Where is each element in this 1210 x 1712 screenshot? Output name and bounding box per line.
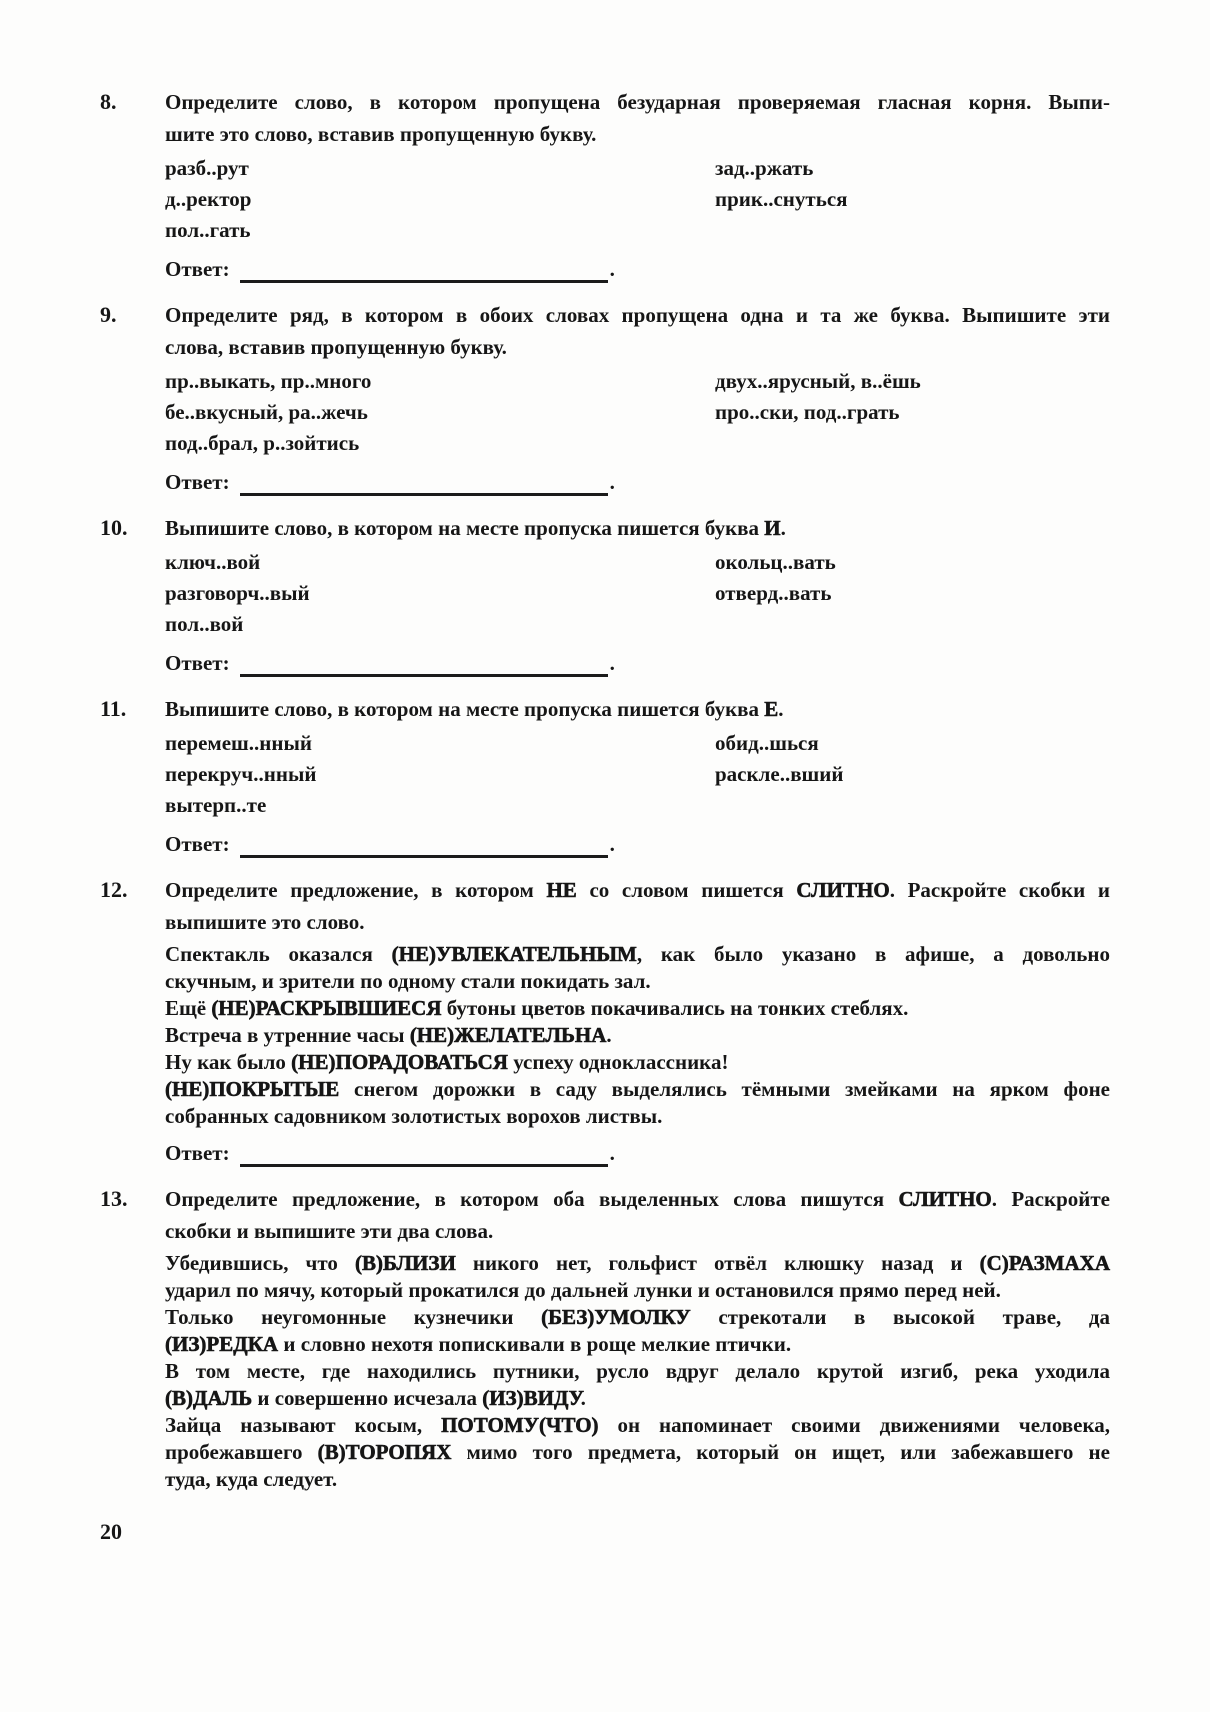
text-run: Спектакль оказался xyxy=(165,942,392,966)
word-item: пр..выкать, пр..много xyxy=(165,366,715,397)
bold-term: (НЕ)ЖЕЛАТЕЛЬНА xyxy=(410,1023,607,1047)
text-run: он напоминает своими движениями человека… xyxy=(599,1413,1110,1437)
word-item: обид..шься xyxy=(715,728,1110,759)
prompt-line: Выпишите слово, в котором на месте пропу… xyxy=(165,512,1110,544)
text-run: Ещё xyxy=(165,996,211,1020)
word-row: ключ..войокольц..вать xyxy=(165,547,1110,578)
sentence-line: скучным, и зрители по одному стали покид… xyxy=(165,968,1110,995)
text-run: Определите слово, в котором пропущена бе… xyxy=(165,90,1110,114)
answer-row: Ответ:. xyxy=(165,255,1110,283)
text-run: Выпишите слово, в котором на месте пропу… xyxy=(165,516,764,540)
answer-label: Ответ: xyxy=(165,1139,230,1167)
question-8: 8.Определите слово, в котором пропущена … xyxy=(100,86,1110,283)
text-run: со словом пишется xyxy=(577,878,797,902)
word-item xyxy=(715,609,1110,640)
word-item: зад..ржать xyxy=(715,153,1110,184)
text-run: выпишите это слово. xyxy=(165,910,365,934)
bold-term: СЛИТНО xyxy=(898,1187,991,1211)
question-content: Выпишите слово, в котором на месте пропу… xyxy=(165,512,1110,677)
sentence-line: пробежавшего (В)ТОРОПЯХ мимо того предме… xyxy=(165,1439,1110,1466)
question-prompt: Определите ряд, в котором в обоих словах… xyxy=(165,299,1110,363)
bold-term: (С)РАЗМАХА xyxy=(980,1251,1110,1275)
question-number: 12. xyxy=(100,874,165,1167)
question-9: 9.Определите ряд, в котором в обоих слов… xyxy=(100,299,1110,496)
sentence-line: Только неугомонные кузнечики (БЕЗ)УМОЛКУ… xyxy=(165,1304,1110,1331)
sentence-line: В том месте, где находились путники, рус… xyxy=(165,1358,1110,1385)
question-number: 8. xyxy=(100,86,165,283)
text-run: скобки и выпишите эти два слова. xyxy=(165,1219,493,1243)
prompt-line: Определите слово, в котором пропущена бе… xyxy=(165,86,1110,118)
bold-term: И xyxy=(764,516,780,540)
word-row: вытерп..те xyxy=(165,790,1110,821)
bold-term: НЕ xyxy=(546,878,576,902)
answer-period: . xyxy=(610,830,615,858)
word-item: д..ректор xyxy=(165,184,715,215)
sentence-line: Убедившись, что (В)БЛИЗИ никого нет, гол… xyxy=(165,1250,1110,1277)
bold-term: (ИЗ)РЕДКА xyxy=(165,1332,278,1356)
question-12: 12.Определите предложение, в котором НЕ … xyxy=(100,874,1110,1167)
text-run: ударил по мячу, который прокатился до да… xyxy=(165,1278,1001,1302)
word-row: бе..вкусный, ра..жечьпро..ски, под..грат… xyxy=(165,397,1110,428)
word-item: бе..вкусный, ра..жечь xyxy=(165,397,715,428)
text-run: скучным, и зрители по одному стали покид… xyxy=(165,969,651,993)
answer-row: Ответ:. xyxy=(165,1139,1110,1167)
word-row: пол..гать xyxy=(165,215,1110,246)
answer-label: Ответ: xyxy=(165,255,230,283)
word-list: разб..рутзад..ржатьд..ректорприк..снутьс… xyxy=(165,153,1110,246)
text-run: Определите предложение, в котором оба вы… xyxy=(165,1187,898,1211)
sentence-line: Встреча в утренние часы (НЕ)ЖЕЛАТЕЛЬНА. xyxy=(165,1022,1110,1049)
text-run: Выпишите слово, в котором на месте пропу… xyxy=(165,697,764,721)
word-row: перекруч..нныйраскле..вший xyxy=(165,759,1110,790)
question-content: Определите предложение, в котором НЕ со … xyxy=(165,874,1110,1167)
text-run: . Раскройте скобки и xyxy=(890,878,1110,902)
text-run: туда, куда следует. xyxy=(165,1467,337,1491)
question-content: Определите предложение, в котором оба вы… xyxy=(165,1183,1110,1493)
word-row: д..ректорприк..снуться xyxy=(165,184,1110,215)
bold-term: (В)БЛИЗИ xyxy=(355,1251,456,1275)
prompt-line: выпишите это слово. xyxy=(165,906,1110,938)
word-row: пр..выкать, пр..многодвух..ярусный, в..ё… xyxy=(165,366,1110,397)
bold-term: (НЕ)ПОРАДОВАТЬСЯ xyxy=(291,1050,508,1074)
word-row: под..брал, р..зойтись xyxy=(165,428,1110,459)
word-list: перемеш..нныйобид..шьсяперекруч..нныйрас… xyxy=(165,728,1110,821)
text-run: Зайца называют косым, xyxy=(165,1413,441,1437)
word-item: про..ски, под..грать xyxy=(715,397,1110,428)
bold-term: ПОТОМУ(ЧТО) xyxy=(441,1413,598,1437)
word-item xyxy=(715,215,1110,246)
word-item xyxy=(715,428,1110,459)
text-run: собранных садовником золотистых ворохов … xyxy=(165,1104,662,1128)
sentence-line: Зайца называют косым, ПОТОМУ(ЧТО) он нап… xyxy=(165,1412,1110,1439)
sentence-line: Спектакль оказался (НЕ)УВЛЕКАТЕЛЬНЫМ, ка… xyxy=(165,941,1110,968)
answer-label: Ответ: xyxy=(165,649,230,677)
text-run: никого нет, гольфист отвёл клюшку назад … xyxy=(456,1251,980,1275)
prompt-line: Выпишите слово, в котором на месте пропу… xyxy=(165,693,1110,725)
word-item: под..брал, р..зойтись xyxy=(165,428,715,459)
page-number: 20 xyxy=(100,1519,1110,1545)
word-item: двух..ярусный, в..ёшь xyxy=(715,366,1110,397)
question-number: 9. xyxy=(100,299,165,496)
bold-term: (ИЗ)ВИДУ xyxy=(482,1386,580,1410)
sentence-line: Ну как было (НЕ)ПОРАДОВАТЬСЯ успеху одно… xyxy=(165,1049,1110,1076)
text-run: Определите ряд, в котором в обоих словах… xyxy=(165,303,1110,327)
text-run: В том месте, где находились путники, рус… xyxy=(165,1359,1110,1383)
bold-term: (НЕ)УВЛЕКАТЕЛЬНЫМ xyxy=(392,942,637,966)
sentence-options: Спектакль оказался (НЕ)УВЛЕКАТЕЛЬНЫМ, ка… xyxy=(165,941,1110,1130)
question-prompt: Определите предложение, в котором НЕ со … xyxy=(165,874,1110,938)
question-prompt: Определите слово, в котором пропущена бе… xyxy=(165,86,1110,150)
prompt-line: слова, вставив пропущенную букву. xyxy=(165,331,1110,363)
text-run: успеху одноклассника! xyxy=(508,1050,729,1074)
text-run: Определите предложение, в котором xyxy=(165,878,546,902)
sentence-line: собранных садовником золотистых ворохов … xyxy=(165,1103,1110,1130)
answer-period: . xyxy=(610,649,615,677)
question-content: Определите ряд, в котором в обоих словах… xyxy=(165,299,1110,496)
text-run: снегом дорожки в саду выделялись тёмными… xyxy=(339,1077,1110,1101)
bold-term: СЛИТНО xyxy=(796,878,889,902)
text-run: . xyxy=(781,516,786,540)
word-item: разговорч..вый xyxy=(165,578,715,609)
question-10: 10.Выпишите слово, в котором на месте пр… xyxy=(100,512,1110,677)
sentence-line: туда, куда следует. xyxy=(165,1466,1110,1493)
text-run: . Раскройте xyxy=(992,1187,1110,1211)
text-run: пробежавшего xyxy=(165,1440,318,1464)
sentence-options: Убедившись, что (В)БЛИЗИ никого нет, гол… xyxy=(165,1250,1110,1493)
answer-row: Ответ:. xyxy=(165,649,1110,677)
question-prompt: Выпишите слово, в котором на месте пропу… xyxy=(165,512,1110,544)
bold-term: (В)ТОРОПЯХ xyxy=(318,1440,452,1464)
sentence-line: (НЕ)ПОКРЫТЫЕ снегом дорожки в саду выдел… xyxy=(165,1076,1110,1103)
text-run: Ну как было xyxy=(165,1050,291,1074)
word-item: ключ..вой xyxy=(165,547,715,578)
text-run: мимо того предмета, который он ищет, или… xyxy=(451,1440,1110,1464)
sentence-line: (ИЗ)РЕДКА и словно нехотя попискивали в … xyxy=(165,1331,1110,1358)
text-run: и совершенно исчезала xyxy=(252,1386,482,1410)
question-content: Выпишите слово, в котором на месте пропу… xyxy=(165,693,1110,858)
prompt-line: скобки и выпишите эти два слова. xyxy=(165,1215,1110,1247)
text-run: и словно нехотя попискивали в роще мелки… xyxy=(278,1332,791,1356)
word-item: прик..снуться xyxy=(715,184,1110,215)
word-item: вытерп..те xyxy=(165,790,715,821)
prompt-line: Определите предложение, в котором НЕ со … xyxy=(165,874,1110,906)
word-item: окольц..вать xyxy=(715,547,1110,578)
text-run: . xyxy=(581,1386,586,1410)
question-number: 13. xyxy=(100,1183,165,1493)
bold-term: (НЕ)РАСКРЫВШИЕСЯ xyxy=(211,996,441,1020)
answer-period: . xyxy=(610,255,615,283)
text-run: шите это слово, вставив пропущенную букв… xyxy=(165,122,596,146)
answer-blank-line xyxy=(240,259,608,283)
question-number: 11. xyxy=(100,693,165,858)
answer-period: . xyxy=(610,468,615,496)
answer-row: Ответ:. xyxy=(165,830,1110,858)
questions-container: 8.Определите слово, в котором пропущена … xyxy=(100,86,1110,1493)
answer-row: Ответ:. xyxy=(165,468,1110,496)
answer-period: . xyxy=(610,1139,615,1167)
question-11: 11.Выпишите слово, в котором на месте пр… xyxy=(100,693,1110,858)
answer-blank-line xyxy=(240,834,608,858)
text-run: слова, вставив пропущенную букву. xyxy=(165,335,507,359)
word-row: разб..рутзад..ржать xyxy=(165,153,1110,184)
answer-label: Ответ: xyxy=(165,830,230,858)
bold-term: (НЕ)ПОКРЫТЫЕ xyxy=(165,1077,339,1101)
word-list: пр..выкать, пр..многодвух..ярусный, в..ё… xyxy=(165,366,1110,459)
prompt-line: шите это слово, вставив пропущенную букв… xyxy=(165,118,1110,150)
text-run: Только неугомонные кузнечики xyxy=(165,1305,541,1329)
word-row: перемеш..нныйобид..шься xyxy=(165,728,1110,759)
question-prompt: Выпишите слово, в котором на месте пропу… xyxy=(165,693,1110,725)
text-run: . xyxy=(778,697,783,721)
bold-term: Е xyxy=(764,697,778,721)
question-number: 10. xyxy=(100,512,165,677)
question-13: 13.Определите предложение, в котором оба… xyxy=(100,1183,1110,1493)
prompt-line: Определите ряд, в котором в обоих словах… xyxy=(165,299,1110,331)
bold-term: (В)ДАЛЬ xyxy=(165,1386,252,1410)
question-prompt: Определите предложение, в котором оба вы… xyxy=(165,1183,1110,1247)
question-content: Определите слово, в котором пропущена бе… xyxy=(165,86,1110,283)
answer-blank-line xyxy=(240,472,608,496)
word-row: разговорч..выйотверд..вать xyxy=(165,578,1110,609)
text-run: бутоны цветов покачивались на тонких сте… xyxy=(441,996,908,1020)
answer-blank-line xyxy=(240,1143,608,1167)
answer-label: Ответ: xyxy=(165,468,230,496)
word-item: пол..гать xyxy=(165,215,715,246)
text-run: Убедившись, что xyxy=(165,1251,355,1275)
sentence-line: ударил по мячу, который прокатился до да… xyxy=(165,1277,1110,1304)
word-item: раскле..вший xyxy=(715,759,1110,790)
word-item: отверд..вать xyxy=(715,578,1110,609)
text-run: . xyxy=(606,1023,611,1047)
sentence-line: Ещё (НЕ)РАСКРЫВШИЕСЯ бутоны цветов покач… xyxy=(165,995,1110,1022)
word-item xyxy=(715,790,1110,821)
word-item: пол..вой xyxy=(165,609,715,640)
text-run: Встреча в утренние часы xyxy=(165,1023,410,1047)
answer-blank-line xyxy=(240,653,608,677)
word-item: разб..рут xyxy=(165,153,715,184)
word-row: пол..вой xyxy=(165,609,1110,640)
bold-term: (БЕЗ)УМОЛКУ xyxy=(541,1305,691,1329)
text-run: стрекотали в высокой траве, да xyxy=(691,1305,1110,1329)
exam-page: 8.Определите слово, в котором пропущена … xyxy=(0,0,1210,1545)
prompt-line: Определите предложение, в котором оба вы… xyxy=(165,1183,1110,1215)
sentence-line: (В)ДАЛЬ и совершенно исчезала (ИЗ)ВИДУ. xyxy=(165,1385,1110,1412)
text-run: , как было указано в афише, а довольно xyxy=(637,942,1110,966)
word-item: перекруч..нный xyxy=(165,759,715,790)
word-list: ключ..войокольц..ватьразговорч..выйотвер… xyxy=(165,547,1110,640)
word-item: перемеш..нный xyxy=(165,728,715,759)
